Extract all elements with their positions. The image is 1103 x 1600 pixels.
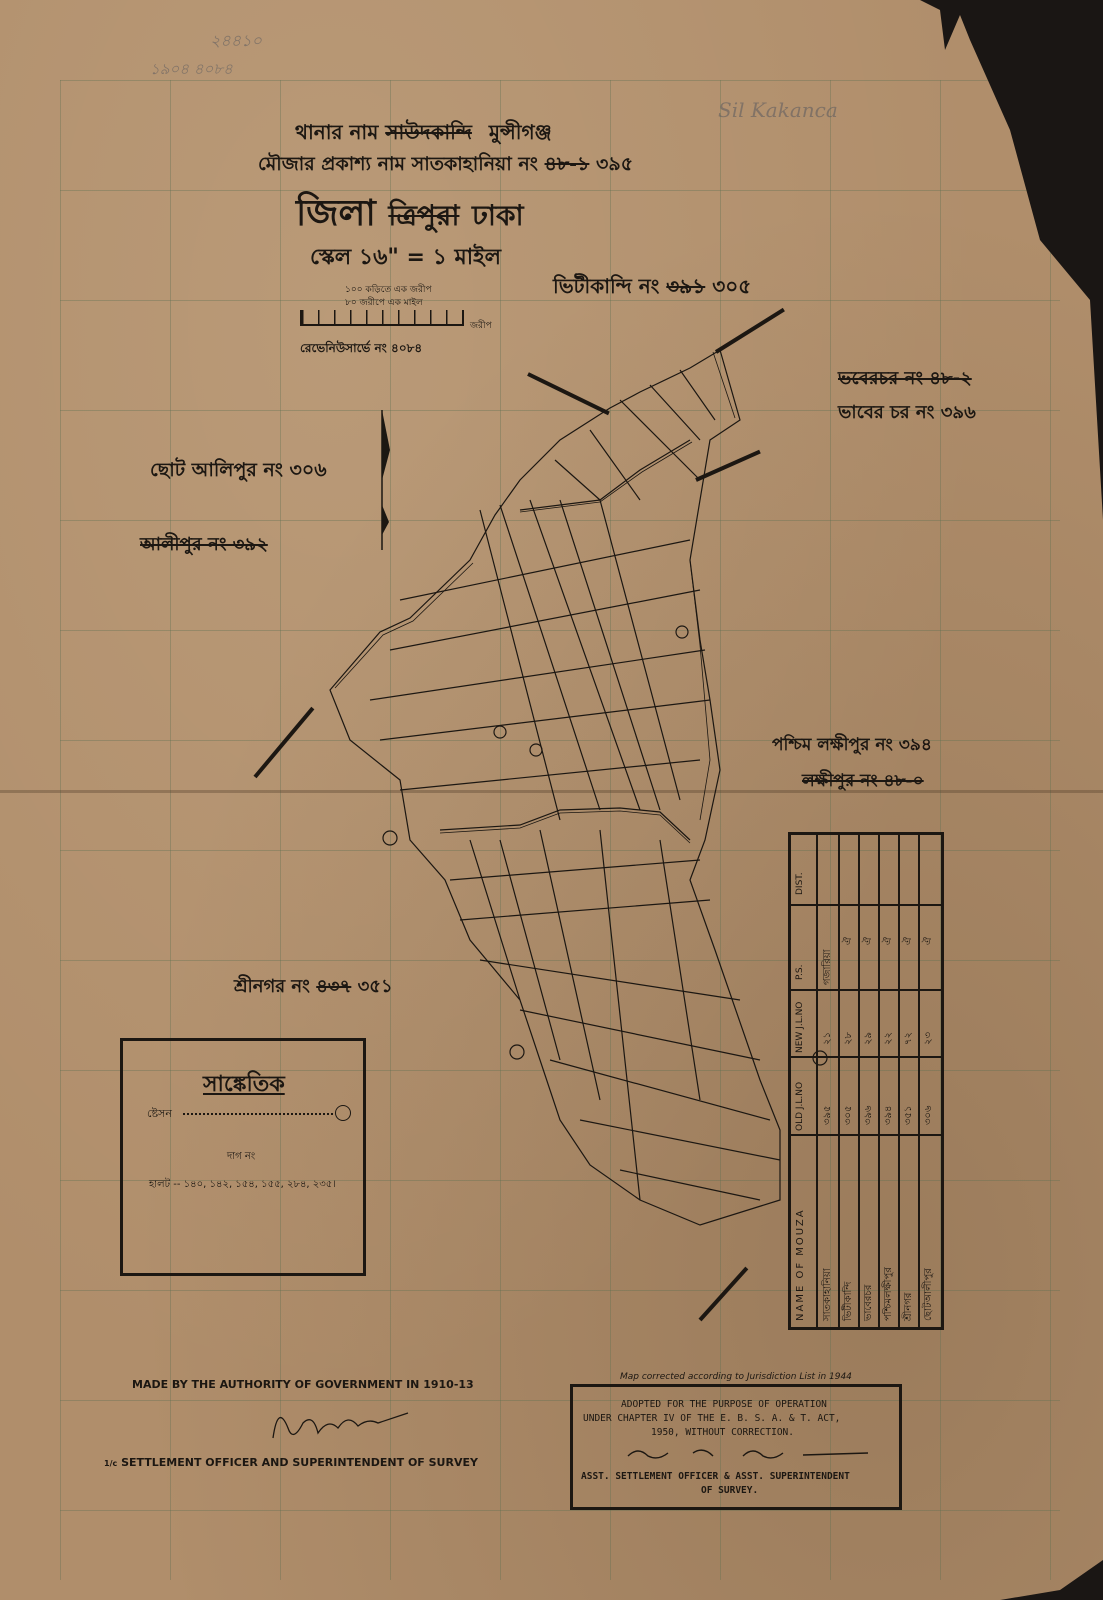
row-old: ৩৫১	[901, 1106, 918, 1125]
row-new: ৭২	[901, 1032, 918, 1045]
stamp-line: ADOPTED FOR THE PURPOSE OF OPERATION	[621, 1399, 827, 1410]
stamp-signoff: OF SURVEY.	[701, 1485, 758, 1496]
parcel-map	[0, 0, 1103, 1600]
authority-statement: MADE BY THE AUTHORITY OF GOVERNMENT IN 1…	[132, 1378, 474, 1391]
row-ps: গজারিয়া	[820, 949, 837, 985]
row-mouza: ভিটীকান্দি	[841, 1282, 858, 1321]
legend-dotted-line	[183, 1113, 333, 1115]
col-header-old-jl: OLD J.L.NO	[795, 1082, 805, 1131]
stamp-line: 1950, WITHOUT CORRECTION.	[651, 1427, 794, 1438]
row-new: ২২	[881, 1032, 898, 1045]
row-old: ৩০৫	[841, 1106, 858, 1126]
col-header-dist: DIST.	[795, 872, 805, 895]
row-ps: ঐ	[881, 937, 898, 945]
officer-line: 1/c SETTLEMENT OFFICER AND SUPERINTENDEN…	[104, 1456, 478, 1469]
row-old: ৩৯৪	[881, 1106, 898, 1125]
legend-halat: হালট -- ১৪০, ১৪২, ১৫৪, ১৫৫, ২৮৪, ২৩৫।	[149, 1177, 336, 1194]
table-grid	[791, 835, 941, 1327]
stamp-signature-icon	[623, 1441, 873, 1465]
row-mouza: পশ্চিমলক্ষীপুর	[881, 1267, 898, 1321]
stamp-line: UNDER CHAPTER IV OF THE E. B. S. A. & T.…	[583, 1413, 840, 1424]
row-old: ৩৯৬	[861, 1106, 878, 1126]
row-mouza: শ্রীনগর	[901, 1293, 918, 1321]
col-header-mouza: NAME OF MOUZA	[795, 1208, 806, 1321]
row-ps: ঐ	[921, 937, 938, 945]
row-new: ২৮	[841, 1032, 858, 1045]
adoption-stamp: ADOPTED FOR THE PURPOSE OF OPERATION UND…	[570, 1384, 902, 1510]
col-header-new-jl: NEW J.L.NO	[795, 1002, 805, 1053]
legend-plot-label: দাগ নং	[227, 1149, 255, 1166]
row-ps: ঐ	[861, 937, 878, 945]
row-ps: ঐ	[841, 937, 858, 945]
row-ps: ঐ	[901, 937, 918, 945]
row-new: ২৯	[861, 1032, 878, 1045]
signature-icon	[268, 1398, 418, 1448]
row-old: ৩০৬	[921, 1105, 938, 1125]
col-header-ps: P.S.	[795, 965, 805, 980]
legend-station-label: ষ্টেসন	[147, 1105, 172, 1124]
legend-box: সাঙ্কেতিক ষ্টেসন দাগ নং হালট -- ১৪০, ১৪২…	[120, 1038, 366, 1276]
row-mouza: ভাবেরচর	[861, 1285, 878, 1321]
legend-title: সাঙ্কেতিক	[203, 1067, 285, 1104]
station-icon	[335, 1105, 351, 1121]
row-new: ২৩	[921, 1032, 938, 1045]
correction-note: Map corrected according to Jurisdiction …	[620, 1372, 852, 1382]
jl-number-table: NAME OF MOUZA OLD J.L.NO NEW J.L.NO P.S.…	[788, 832, 944, 1330]
row-new: ২১	[820, 1032, 837, 1045]
row-old: ৩৯৫	[820, 1106, 837, 1125]
map-sheet: ২৪৪১০ ১৯০৪ ৪০৮৪ Sil Kakanca থানার নাম সা…	[0, 0, 1103, 1600]
row-mouza: সাতকাহানিয়া	[820, 1268, 837, 1321]
row-mouza: ছোটআলীপুর	[921, 1268, 938, 1321]
stamp-signoff: ASST. SETTLEMENT OFFICER & ASST. SUPERIN…	[581, 1471, 850, 1482]
